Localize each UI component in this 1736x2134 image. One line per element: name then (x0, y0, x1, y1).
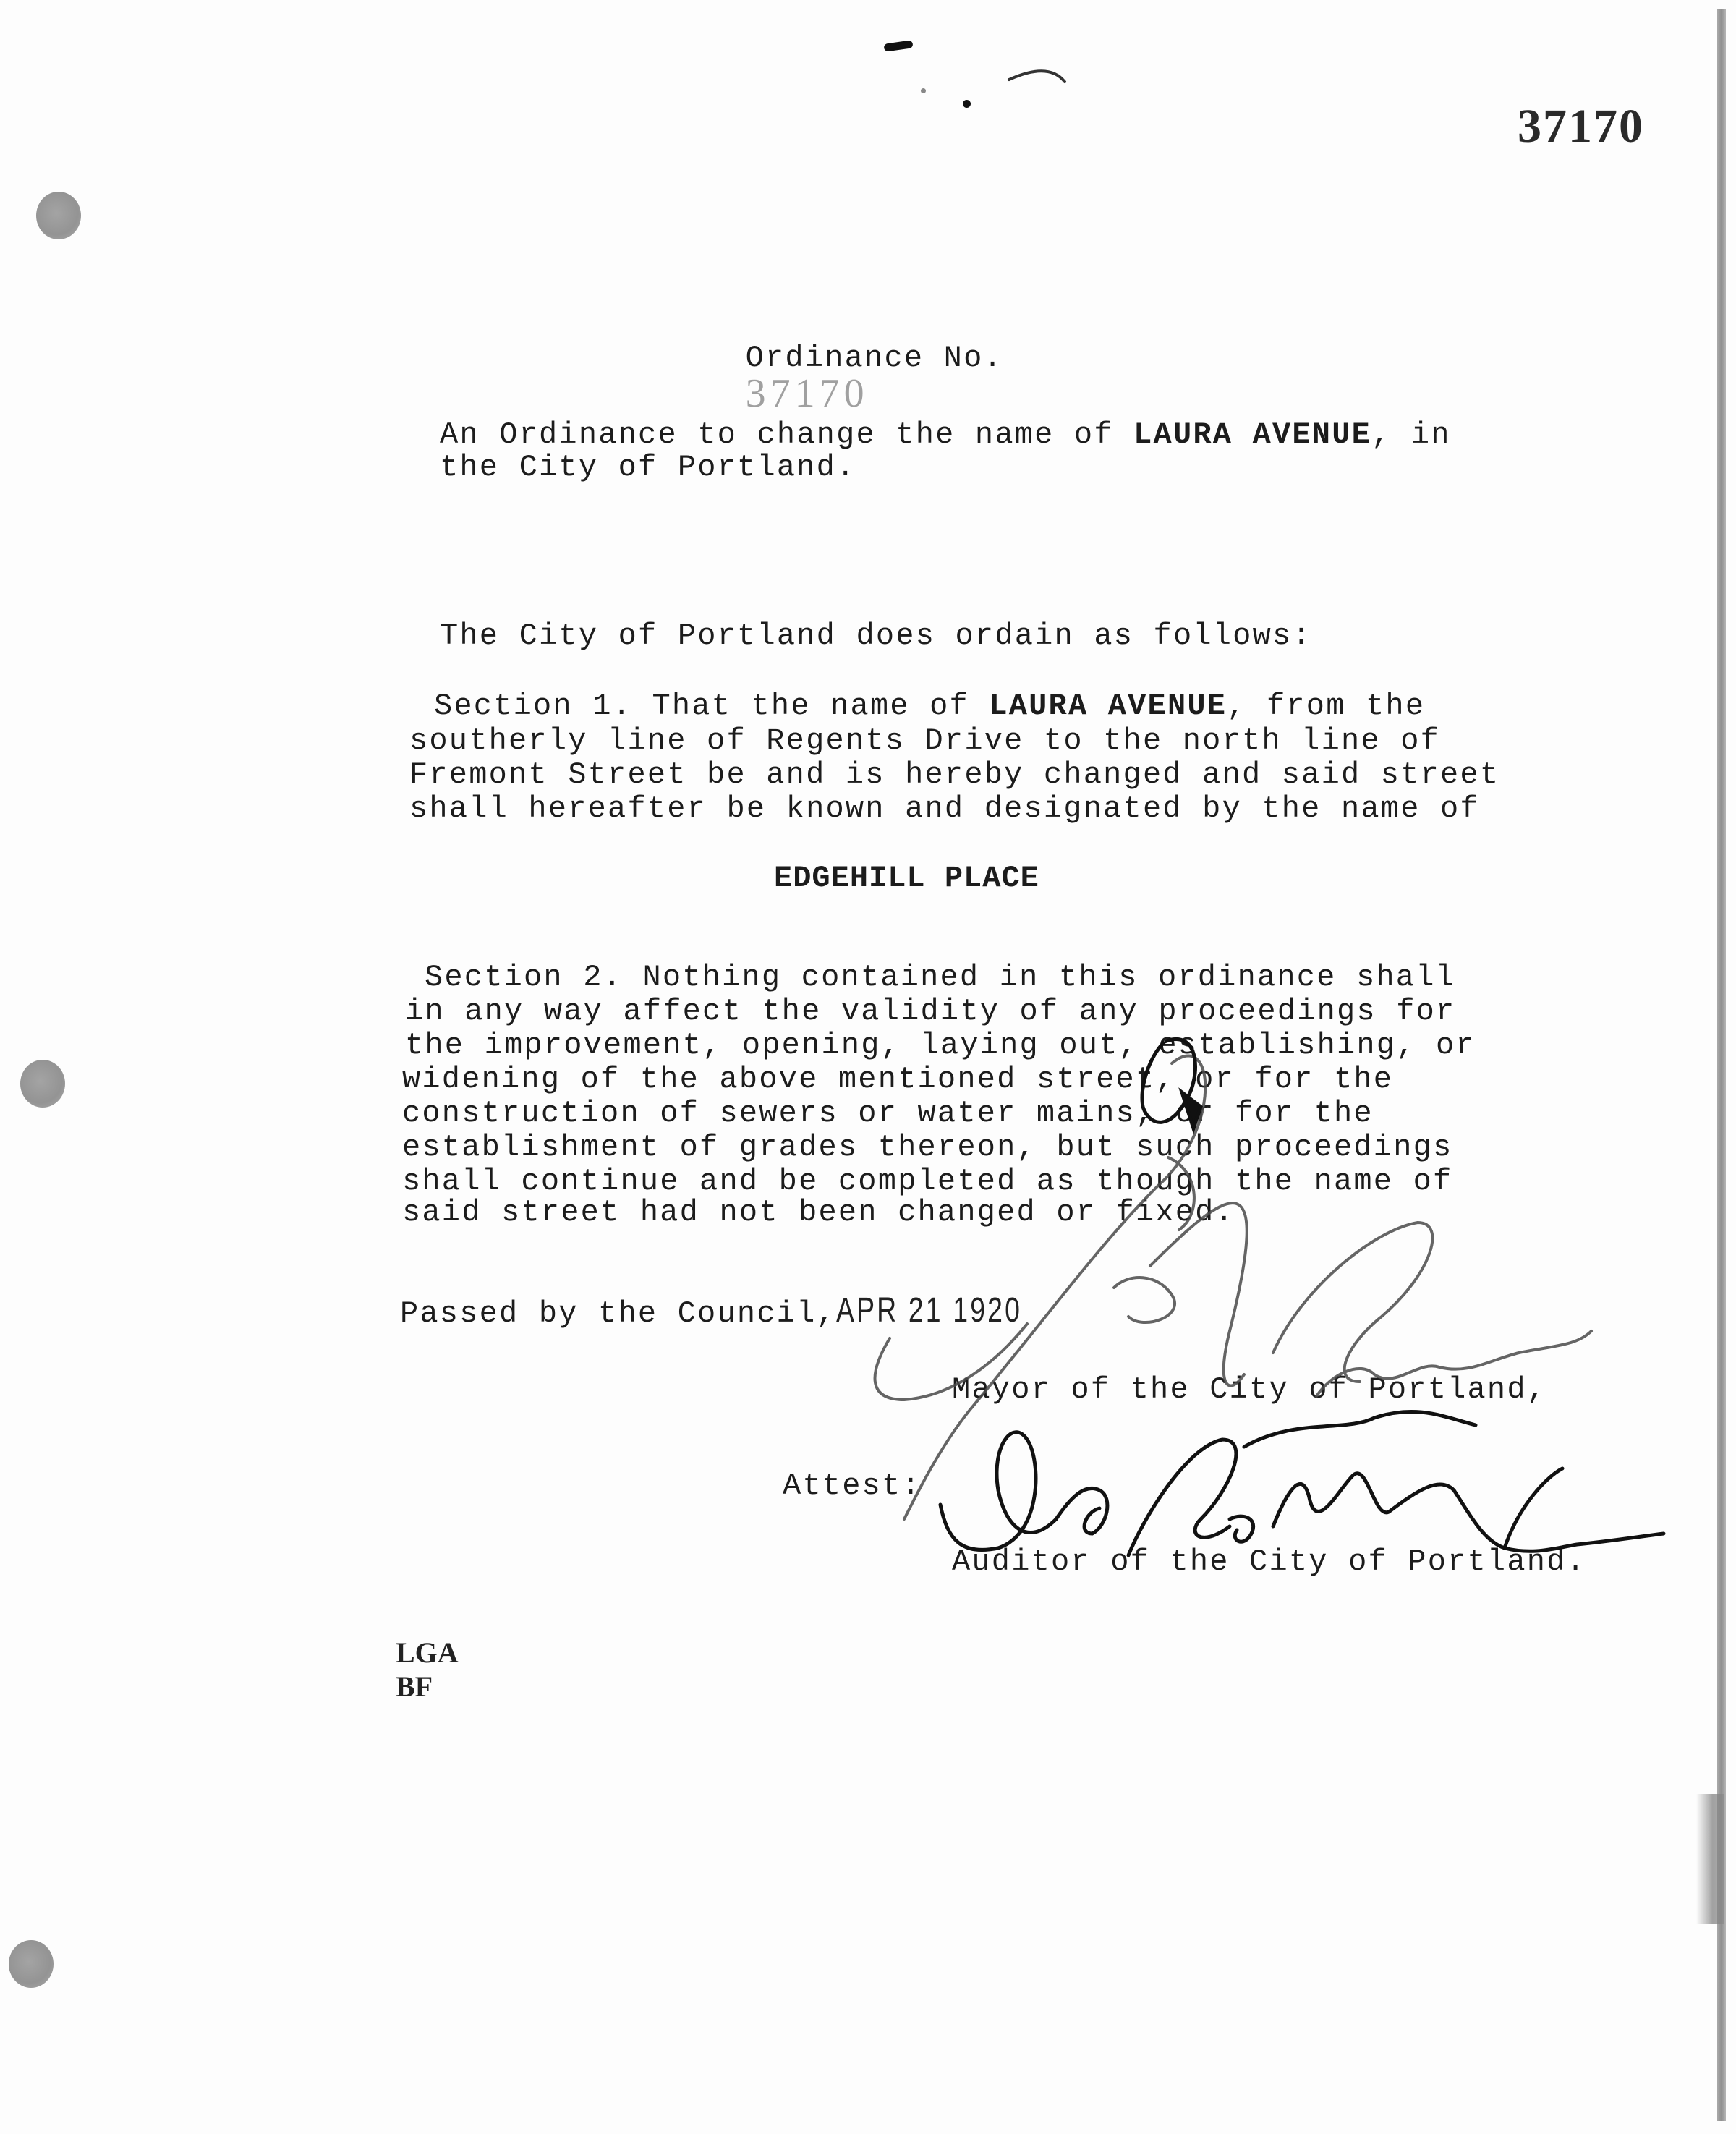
passage-line: Passed by the Council,APR 21 1920 (400, 1293, 1074, 1329)
street-name-old: LAURA AVENUE (1133, 417, 1371, 452)
section-2-line: shall continue and be completed as thoug… (402, 1166, 1452, 1196)
section-2-line: Section 2. Nothing contained in this ord… (425, 962, 1455, 992)
section-2-line: establishment of grades thereon, but suc… (402, 1132, 1452, 1162)
title-text: , in (1371, 417, 1451, 452)
date-stamp: APR 21 1920 (836, 1293, 1022, 1328)
new-street-name: EDGEHILL PLACE (774, 863, 1039, 893)
section-2-line: the improvement, opening, laying out, es… (405, 1030, 1476, 1060)
section-1-line: Fremont Street be and is hereby changed … (409, 760, 1499, 790)
section-1-line: southerly line of Regents Drive to the n… (409, 726, 1440, 756)
file-number-stamp: 37170 (1518, 99, 1644, 154)
section-2-line: said street had not been changed or fixe… (402, 1197, 1235, 1228)
typist-initials: LGA (396, 1638, 459, 1667)
ordinance-title-line-2: the City of Portland. (440, 452, 856, 483)
ordinance-title-line-1: An Ordinance to change the name of LAURA… (440, 420, 1451, 450)
scanned-ordinance-page: 37170 Ordinance No. 37170 An Ordinance t… (0, 0, 1736, 2134)
punch-hole-icon (20, 1060, 65, 1108)
section-1-line: Section 1. That the name of LAURA AVENUE… (434, 691, 1425, 721)
attest-label: Attest: (783, 1471, 922, 1501)
ordinance-number-stamp: 37170 (746, 371, 869, 416)
punch-hole-icon (36, 192, 81, 239)
stray-mark (921, 88, 926, 93)
stray-mark (963, 100, 971, 108)
street-name-old: LAURA AVENUE (989, 689, 1227, 723)
title-text: the City of Portland. (440, 450, 856, 485)
title-text: An Ordinance to change the name of (440, 417, 1133, 452)
section-2-line: widening of the above mentioned street, … (402, 1064, 1393, 1094)
passage-label: Passed by the Council, (400, 1296, 836, 1331)
section-text: , from the (1227, 689, 1425, 723)
auditor-title: Auditor of the City of Portland. (952, 1547, 1586, 1577)
section-2-line: in any way affect the validity of any pr… (405, 996, 1455, 1026)
ordinance-heading-label: Ordinance No. (746, 341, 1003, 375)
typist-initials: BF (396, 1672, 433, 1701)
punch-hole-icon (9, 1940, 54, 1988)
section-text: Section 1. That the name of (434, 689, 989, 723)
section-1-line: shall hereafter be known and designated … (409, 794, 1480, 824)
enacting-clause: The City of Portland does ordain as foll… (440, 621, 1312, 651)
mayor-title: Mayor of the City of Portland, (952, 1374, 1546, 1405)
stray-mark (883, 40, 913, 51)
page-edge-shadow-bottom (1696, 1794, 1724, 1924)
section-2-line: construction of sewers or water mains, o… (402, 1098, 1374, 1128)
